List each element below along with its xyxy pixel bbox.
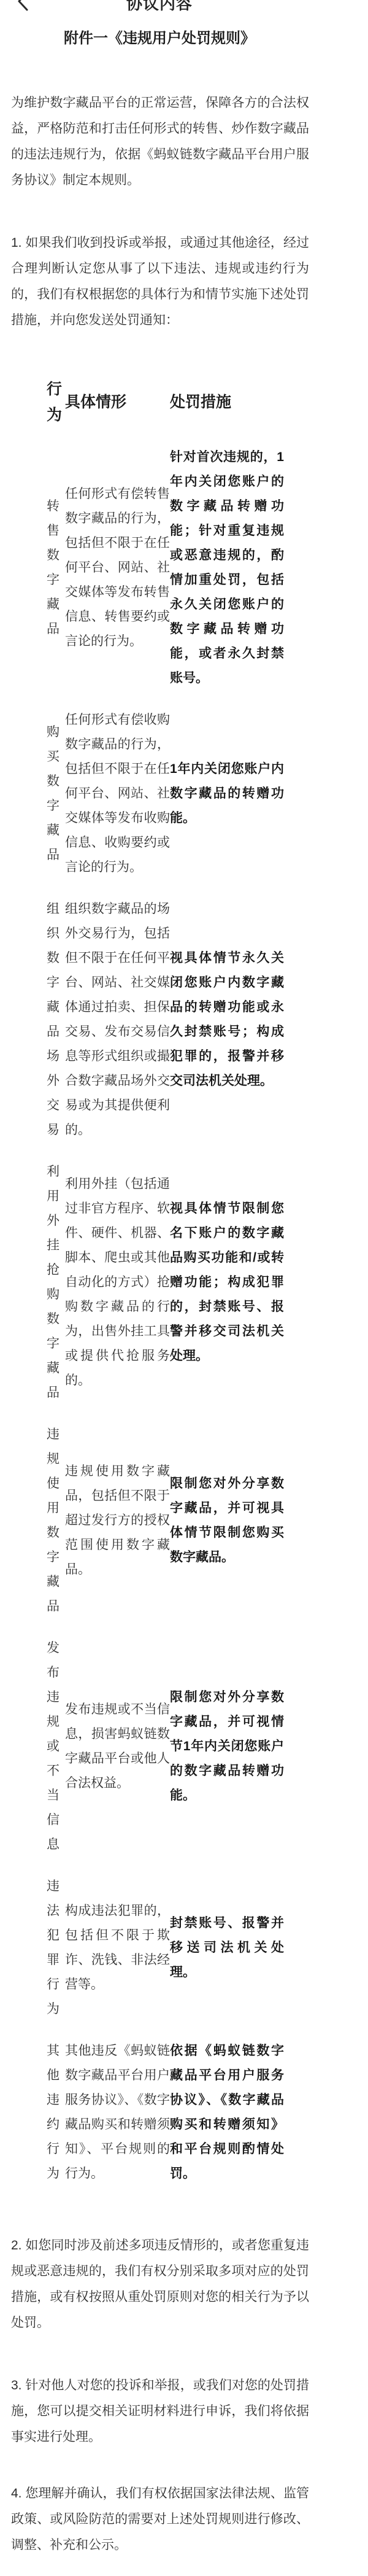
clause-3: 3. 针对他人对您的投诉和举报，或我们对您的处罚措施，您可以提交相关证明材料进行…	[11, 2373, 309, 2450]
behavior-cell: 发布违规或不当信息	[47, 1627, 65, 1866]
table-row: 利用外挂抢购数字藏品 利用外挂（包括通过非官方程序、软件、硬件、机器、脚本、爬虫…	[47, 1151, 284, 1414]
clause-4: 4. 您理解并确认，我们有权依据国家法律法规、监管政策、或风险防范的需要对上述处…	[11, 2481, 309, 2558]
penalty-cell: 视具体情节永久关闭您账户内数字藏品的转赠功能或永久封禁账号；构成犯罪的，报警并移…	[170, 888, 284, 1151]
table-row: 其他违约行为 其他违反《蚂蚁链数字藏品平台用户服务协议》、《数字藏品购买和转赠须…	[47, 2030, 284, 2195]
penalty-cell: 限制您对外分享数字藏品，并可视具体情节限制您购买数字藏品。	[170, 1414, 284, 1627]
behavior-cell: 利用外挂抢购数字藏品	[47, 1151, 65, 1414]
behavior-cell: 违规使用数字藏品	[47, 1414, 65, 1627]
situation-cell: 其他违反《蚂蚁链数字藏品平台用户服务协议》、《数字藏品购买和转赠须知》、平台规则…	[65, 2030, 170, 2195]
behavior-cell: 违法犯罪行为	[47, 1866, 65, 2030]
penalty-cell: 视具体情节限制您名下账户的数字藏品购买功能和/或转赠功能；构成犯罪的，封禁账号、…	[170, 1151, 284, 1414]
penalty-cell: 限制您对外分享数字藏品，并可视情节1年内关闭您账户的数字藏品转赠功能。	[170, 1627, 284, 1866]
behavior-cell: 其他违约行为	[47, 2030, 65, 2195]
behavior-cell: 组织数字藏品场外交易	[47, 888, 65, 1151]
table-row: 转售数字藏品 任何形式有偿转售数字藏品的行为，包括但不限于在任何平台、网站、社交…	[47, 436, 284, 699]
intro-paragraph: 为维护数字藏品平台的正常运营，保障各方的合法权益，严格防范和打击任何形式的转售、…	[11, 90, 309, 193]
table-header-row: 行为 具体情形 处罚措施	[47, 376, 284, 436]
top-bar: 协议内容	[0, 0, 368, 17]
behavior-column-header: 行为	[47, 376, 65, 436]
behavior-cell: 购买数字藏品	[47, 699, 65, 888]
situation-cell: 利用外挂（包括通过非官方程序、软件、硬件、机器、脚本、爬虫或其他自动化的方式）抢…	[65, 1151, 170, 1414]
penalty-table: 行为 具体情形 处罚措施 转售数字藏品 任何形式有偿转售数字藏品的行为，包括但不…	[47, 376, 284, 2195]
behavior-cell: 转售数字藏品	[47, 436, 65, 699]
penalty-cell: 封禁账号、报警并移送司法机关处理。	[170, 1866, 284, 2030]
penalty-column-header: 处罚措施	[170, 376, 284, 436]
table-row: 违规使用数字藏品 违规使用数字藏品，包括但不限于超过发行方的授权范围使用数字藏品…	[47, 1414, 284, 1627]
agreement-page: 协议内容 附件一《违规用户处罚规则》 为维护数字藏品平台的正常运营，保障各方的合…	[0, 0, 368, 2576]
situation-cell: 违规使用数字藏品，包括但不限于超过发行方的授权范围使用数字藏品。	[65, 1414, 170, 1627]
table-row: 组织数字藏品场外交易 组织数字藏品的场外交易行为，包括但不限于在任何平台、网站、…	[47, 888, 284, 1151]
attachment-title: 附件一《违规用户处罚规则》	[0, 26, 319, 47]
situation-cell: 发布违规或不当信息，损害蚂蚁链数字藏品平台或他人合法权益。	[65, 1627, 170, 1866]
table-row: 违法犯罪行为 构成违法犯罪的，包括但不限于欺诈、洗钱、非法经营等。 封禁账号、报…	[47, 1866, 284, 2030]
situation-column-header: 具体情形	[65, 376, 170, 436]
penalty-cell: 依据《蚂蚁链数字藏品平台用户服务协议》、《数字藏品购买和转赠须知》和平台规则酌情…	[170, 2030, 284, 2195]
situation-cell: 组织数字藏品的场外交易行为，包括但不限于在任何平台、网站、社交媒体通过拍卖、担保…	[65, 888, 170, 1151]
clause-1: 1. 如果我们收到投诉或举报，或通过其他途径，经过合理判断认定您从事了以下违法、…	[11, 230, 309, 333]
penalty-cell: 1年内关闭您账户内数字藏品的转赠功能。	[170, 699, 284, 888]
situation-cell: 任何形式有偿转售数字藏品的行为，包括但不限于在任何平台、网站、社交媒体等发布转售…	[65, 436, 170, 699]
situation-cell: 任何形式有偿收购数字藏品的行为，包括但不限于在任何平台、网站、社交媒体等发布收购…	[65, 699, 170, 888]
page-title: 协议内容	[0, 0, 319, 14]
penalty-cell: 针对首次违规的，1年内关闭您账户的数字藏品转赠功能；针对重复违规或恶意违规的，酌…	[170, 436, 284, 699]
table-row: 发布违规或不当信息 发布违规或不当信息，损害蚂蚁链数字藏品平台或他人合法权益。 …	[47, 1627, 284, 1866]
table-row: 购买数字藏品 任何形式有偿收购数字藏品的行为，包括但不限于在任何平台、网站、社交…	[47, 699, 284, 888]
clause-2: 2. 如您同时涉及前述多项违反情形的，或者您重复违规或恶意违规的，我们有权分别采…	[11, 2233, 309, 2336]
situation-cell: 构成违法犯罪的，包括但不限于欺诈、洗钱、非法经营等。	[65, 1866, 170, 2030]
